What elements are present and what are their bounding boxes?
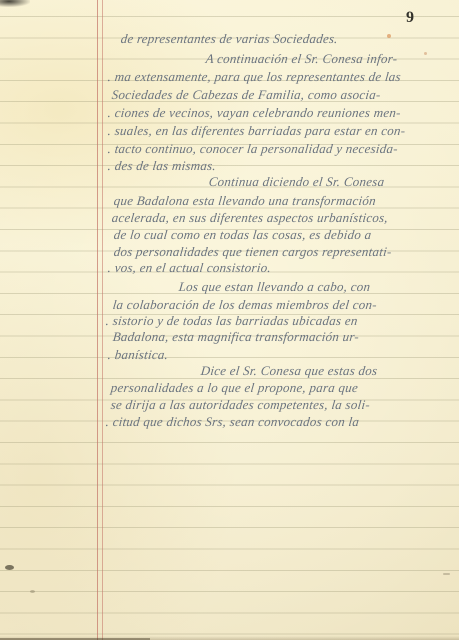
manuscript-line: la colaboración de los demas miembros de… — [112, 297, 378, 312]
manuscript-line: personalidades a lo que el propone, para… — [110, 380, 359, 395]
manuscript-line: de representantes de varias Sociedades. — [120, 31, 339, 46]
paper-speck — [30, 590, 35, 593]
notebook-page: 9 de representantes de varias Sociedades… — [0, 0, 459, 640]
manuscript-line: . sistorio y de todas las barriadas ubic… — [105, 313, 358, 328]
manuscript-line: . tacto continuo, conocer la personalida… — [107, 141, 399, 156]
manuscript-line: . ma extensamente, para que los represen… — [107, 69, 402, 84]
manuscript-line: Los que estan llevando a cabo, con — [178, 279, 371, 294]
manuscript-line: . vos, en el actual consistorio. — [107, 260, 272, 275]
manuscript-line: se dirija a las autoridades competentes,… — [110, 397, 371, 412]
manuscript-line: . citud que dichos Srs, sean convocados … — [105, 414, 360, 429]
manuscript-line: Sociedades de Cabezas de Familia, como a… — [111, 87, 382, 102]
manuscript-line: . banística. — [107, 347, 169, 362]
manuscript-line: que Badalona esta llevando una transform… — [113, 193, 377, 208]
manuscript-line: Badalona, esta magnifica transformación … — [112, 329, 360, 344]
scan-smudge — [0, 0, 30, 7]
manuscript-line: Continua diciendo el Sr. Conesa — [208, 174, 385, 189]
paper-speck — [424, 52, 427, 55]
manuscript-line: de lo cual como en todas las cosas, es d… — [113, 227, 372, 242]
manuscript-line: . ciones de vecinos, vayan celebrando re… — [107, 105, 402, 120]
manuscript-line: acelerada, en sus diferentes aspectos ur… — [111, 210, 389, 225]
scan-fleck — [5, 565, 14, 570]
manuscript-line: . suales, en las diferentes barriadas pa… — [107, 123, 406, 138]
manuscript-line: A continuación el Sr. Conesa infor- — [205, 51, 398, 66]
manuscript: de representantes de varias Sociedades.A… — [0, 0, 459, 640]
manuscript-line: . des de las mismas. — [107, 158, 217, 173]
manuscript-line: Dice el Sr. Conesa que estas dos — [200, 363, 378, 378]
manuscript-line: dos personalidades que tienen cargos rep… — [113, 244, 392, 259]
scan-mark — [443, 573, 450, 575]
paper-speck — [387, 34, 391, 38]
